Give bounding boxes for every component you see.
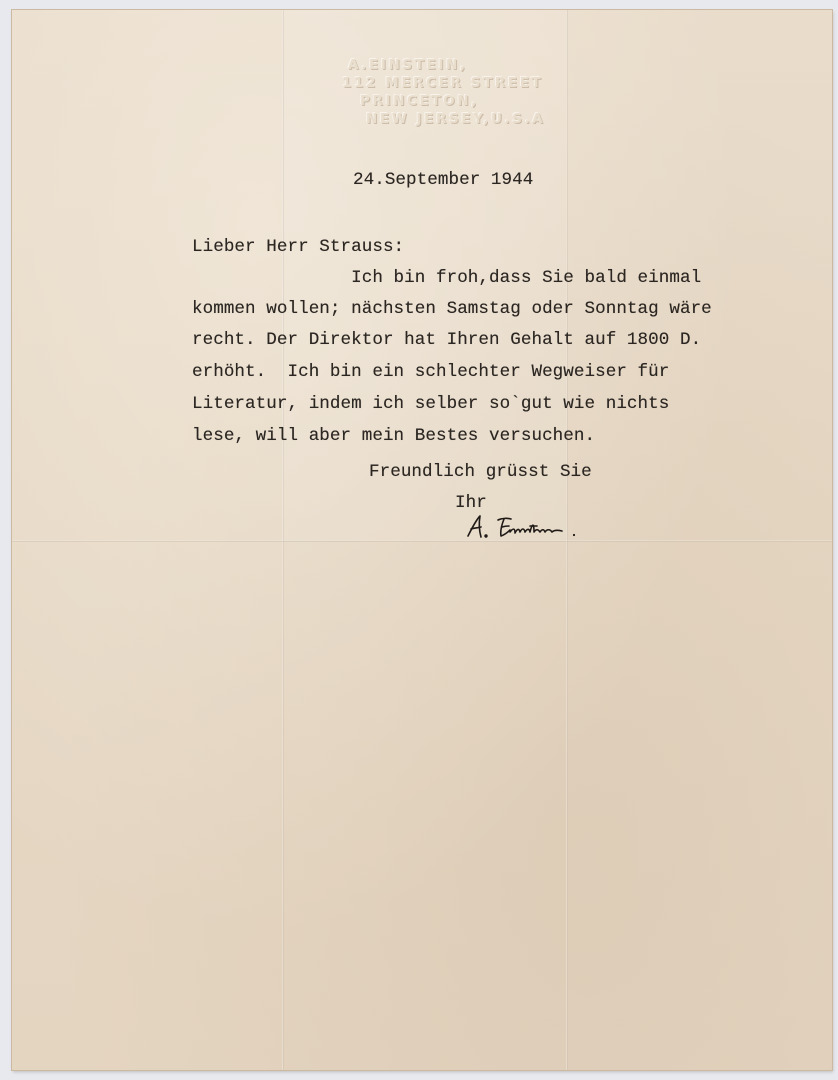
scan-background: A.EINSTEIN, 112 MERCER STREET PRINCETON,… <box>0 0 838 1080</box>
salutation: Lieber Herr Strauss: <box>192 237 404 257</box>
letter-date: 24.September 1944 <box>353 170 533 190</box>
letterhead-street: 112 MERCER STREET <box>330 74 570 92</box>
body-line-2: kommen wollen; nächsten Samstag oder Son… <box>192 299 712 319</box>
embossed-letterhead: A.EINSTEIN, 112 MERCER STREET PRINCETON,… <box>330 56 570 128</box>
body-line-1: Ich bin froh,dass Sie bald einmal <box>192 268 701 288</box>
letterhead-state-country: NEW JERSEY,U.S.A <box>330 110 570 128</box>
letterhead-name: A.EINSTEIN, <box>330 56 570 74</box>
horizontal-fold <box>12 540 832 542</box>
body-line-3: recht. Der Direktor hat Ihren Gehalt auf… <box>192 330 701 350</box>
body-line-5: Literatur, indem ich selber so`gut wie n… <box>192 394 669 414</box>
body-line-4: erhöht. Ich bin ein schlechter Wegweiser… <box>192 362 669 382</box>
closing-line: Freundlich grüsst Sie <box>369 462 592 482</box>
letter-paper: A.EINSTEIN, 112 MERCER STREET PRINCETON,… <box>12 10 832 1070</box>
letterhead-city: PRINCETON, <box>330 92 570 110</box>
handwritten-signature <box>464 510 594 546</box>
body-line-6: lese, will aber mein Bestes versuchen. <box>192 426 595 446</box>
